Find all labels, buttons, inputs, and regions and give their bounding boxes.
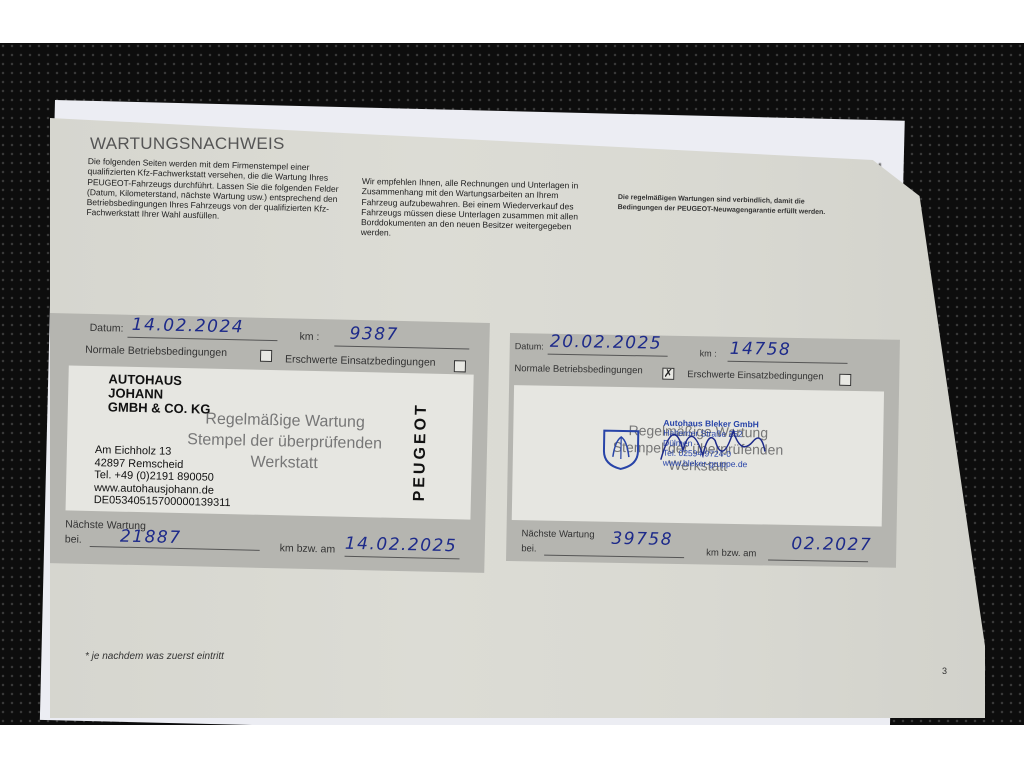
next-service-km-value: 39758	[611, 529, 673, 550]
next-service-km-value: 21887	[120, 527, 182, 548]
address-id: DE05340515700000139311	[94, 494, 231, 510]
severe-conditions-checkbox[interactable]	[839, 374, 851, 386]
km-or-on-label: km bzw. am	[706, 547, 756, 559]
binding-note: Die regelmäßigen Wartungen sind verbindl…	[618, 193, 848, 218]
service-entry-1: Datum: 14.02.2024 km : 9387 Normale Betr…	[44, 313, 490, 573]
date-label: Datum:	[515, 341, 544, 352]
normal-conditions-label: Normale Betriebsbedingungen	[85, 344, 227, 359]
service-record-page: WARTUNGSNACHWEIS Die folgenden Seiten we…	[50, 118, 985, 718]
workshop-stamp-area: Regelmäßige Wartung Stempel der überprüf…	[66, 365, 474, 519]
severe-conditions-checkbox[interactable]	[454, 360, 466, 372]
page-number: 3	[942, 666, 947, 676]
km-label: km :	[299, 331, 319, 343]
next-service-date-value: 14.02.2025	[345, 534, 458, 557]
date-value: 20.02.2025	[550, 332, 663, 354]
km-value: 14758	[730, 339, 792, 360]
severe-conditions-label: Erschwerte Einsatzbedingungen	[285, 353, 436, 368]
normal-conditions-checkbox[interactable]	[260, 350, 272, 362]
km-or-on-label: km bzw. am	[280, 542, 336, 555]
next-service-at-label: bei.	[521, 543, 537, 554]
next-service-at-label: bei.	[65, 533, 82, 545]
intro-text: Die folgenden Seiten werden mit dem Firm…	[86, 156, 348, 225]
peugeot-shield-icon	[601, 425, 642, 472]
check-mark-icon: ✗	[664, 368, 673, 380]
date-label: Datum:	[90, 322, 124, 335]
workshop-company-name: AUTOHAUS JOHANN GMBH & CO. KG	[108, 372, 211, 416]
peugeot-brand-text: PEUGEOT	[410, 381, 433, 519]
next-service-label: Nächste Wartung	[521, 528, 594, 540]
workshop-stamp-area: Regelmäßige Wartung Stempel der überprüf…	[512, 385, 884, 526]
workshop-address: Am Eichholz 13 42897 Remscheid Tel. +49 …	[94, 444, 232, 510]
normal-conditions-label: Normale Betriebsbedingungen	[514, 363, 643, 376]
recommendation-text: Wir empfehlen Ihnen, alle Rechnungen und…	[361, 176, 592, 243]
severe-conditions-label: Erschwerte Einsatzbedingungen	[687, 369, 823, 382]
km-value: 9387	[349, 324, 399, 345]
footnote: * je nachdem was zuerst eintritt	[85, 651, 224, 662]
next-service-date-value: 02.2027	[791, 534, 872, 555]
document-photo: 208 (P21E) - ELEKTROMOTOR 100 KW 260 N.M…	[0, 43, 1024, 725]
km-label: km :	[700, 348, 717, 358]
service-entry-2: Datum: 20.02.2025 km : 14758 Normale Bet…	[506, 333, 900, 568]
normal-conditions-checkbox[interactable]: ✗	[662, 368, 674, 380]
signature-icon	[653, 410, 774, 472]
page-title: WARTUNGSNACHWEIS	[90, 134, 285, 154]
date-value: 14.02.2024	[132, 315, 245, 338]
